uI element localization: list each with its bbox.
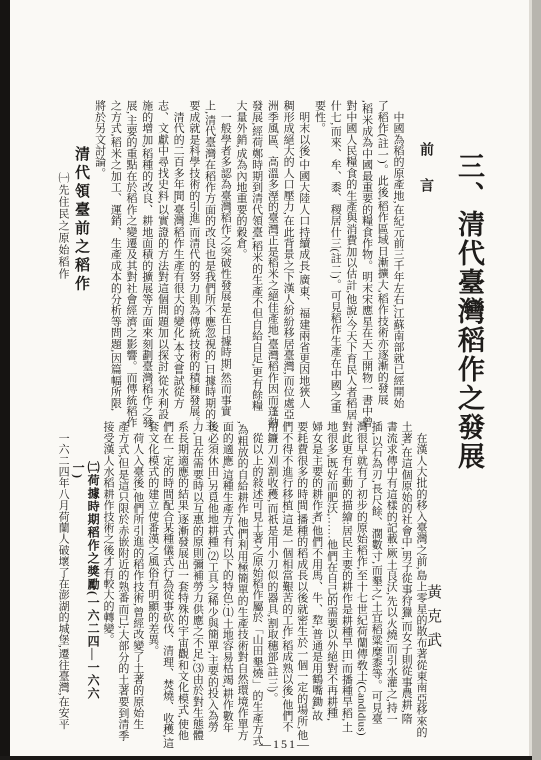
text-column: 上,清代臺灣在稻作方面的改良也是我們所不應忽視的,日據時期的主 bbox=[201, 100, 217, 420]
text-column: 要耗費很多的時間,播種的稻成長以後就密生於一個一定的場所,他 bbox=[294, 421, 309, 713]
text-column: 書流求傳中有這樣的記載:厥土良沃,先以火燒,而引水灌之,持一 bbox=[383, 421, 398, 713]
text-column: 志、文獻中尋找史料,以實證的方法對這個問題加以探討,從水利設 bbox=[154, 100, 170, 420]
scan-background-right bbox=[532, 0, 541, 760]
text-column: 明末以後,中國大陸人口持續成長,廣東、福建兩省更因地狹人 bbox=[295, 100, 311, 420]
scan-background-bottom bbox=[0, 756, 532, 760]
text-column: ,為粗放的自給耕作,他們利用極簡單的生產技術對自然環境作單方 bbox=[234, 421, 249, 713]
text-column: 後必須休田,另覓他地耕種,⑵工具之稀少與簡單,主要的投入為勞 bbox=[204, 421, 219, 713]
subsection-header-2: ㈡荷據時期稻作之獎勵(一六二四—一六六 一) bbox=[70, 421, 100, 713]
subsection-header-1: ㈠先住民之原始稻作 bbox=[54, 100, 71, 420]
text-column: 將於另文討論。 bbox=[91, 100, 107, 420]
text-column: 婦女是主要的耕作者,他們不用馬、牛、犂,普通是用鶴嘴鋤,故 bbox=[309, 421, 324, 713]
text-column: 土著,在這個原始的社會中,男子從事狩獵,而女子則從事農耕,隋 bbox=[398, 421, 413, 713]
text-column: 用鐮刀刈割收穫,而祇是用小刀似的器具,割取穗部(註三)。 bbox=[264, 421, 279, 713]
text-column: 地很多,既好而肥沃,……他們在自己的需要以外絕對不再耕種, bbox=[324, 421, 339, 713]
text-column: 系長期適應的結果,逐漸發展出一套特殊的宇宙觀和文化模式,使他 bbox=[175, 421, 190, 713]
preface-columns: 中國為稻的原產地,在紀元前三千年左右,江蘇南部就已經開始了稻作(註一)。此後,稻… bbox=[91, 100, 405, 420]
preface-heading: 前 言 bbox=[415, 142, 435, 232]
page-number: —151— bbox=[250, 737, 320, 752]
text-column: 對中國人民糧食的生產與消費加以估計,他說:今天下育民人者稻居 bbox=[342, 100, 358, 420]
text-column: 一六二四年八月荷蘭人破壞了在澎湖的城堡,遷往臺灣,在安平 bbox=[55, 421, 70, 713]
text-column: 對此更有生動的描繪:居民主要的耕作是耕種旱田,而播種旱稻,土 bbox=[339, 421, 354, 713]
text-column: 洲季風區、高溫多溼的臺灣正是稻米之絕佳產地,臺灣稻作因而蓬勃 bbox=[264, 100, 280, 420]
text-column: 從以上的敍述可見土著之原始稻作屬於「山田墾燒」的生產方式 bbox=[249, 421, 264, 713]
text-column: 插,以石為刃,長尺餘、濶數寸,而墾之,土宜稻粱糜黍等。可見臺 bbox=[368, 421, 383, 713]
text-column: 們在一定的時間配合某種儀式行為從事砍伐、清理、焚燒、收穫,這 bbox=[160, 421, 175, 713]
article-title: 三、清代臺灣稻作之發展 bbox=[450, 152, 489, 497]
text-column: 中國為稻的原產地,在紀元前三千年左右,江蘇南部就已經開始 bbox=[389, 100, 405, 420]
text-column: 稠形成絕大的人口壓力,在此背景之下漢人紛紛移居臺灣,而位處亞 bbox=[279, 100, 295, 420]
text-column: 一般學者多認為臺灣稻作之突破性發展是在日據時期,然而事實 bbox=[217, 100, 233, 420]
text-column: ,稻米成為中國最重要的糧食作物。明末宋應星在天工開物一書中曾 bbox=[358, 100, 374, 420]
text-column: 要成就是科學技術的引進,而清代的努力則為傳統技術的積極發展。 bbox=[185, 100, 201, 420]
text-column: 發展,經荷鄭時期到清代領臺,稻米的生產不但自給自足,更有餘糧 bbox=[248, 100, 264, 420]
section-header: 清代領臺前之稻作 bbox=[71, 100, 91, 420]
text-column: 接受漢人水稻耕作技術之後才有較大的轉變。 bbox=[100, 421, 115, 713]
text-column: 荷人入臺後,他們所引進的稻作技術,曾經改變了土著的原始生 bbox=[130, 421, 145, 713]
text-column: 施的增加,稻種的改良、耕地面積的擴展等方面來刻劃臺灣稻作之發 bbox=[138, 100, 154, 420]
body-columns-after: 一六二四年八月荷蘭人破壞了在澎湖的城堡,遷往臺灣,在安平 bbox=[55, 421, 70, 713]
text-column: 之方式,稻米之加工、運銷、生產成本的分析等問題,因篇幅所限, bbox=[107, 100, 123, 420]
preface-text-block: 中國為稻的原產地,在紀元前三千年左右,江蘇南部就已經開始了稻作(註一)。此後,稻… bbox=[54, 100, 405, 420]
text-column: 什七,而來、牟、黍、稷居什三(註二)。可見稻作生產在中國之重 bbox=[326, 100, 342, 420]
page-binding-edge bbox=[0, 0, 10, 760]
text-column: 在漢人大批的移入臺灣之前,島上零星的散布著從東南亞移來的 bbox=[413, 421, 428, 713]
text-column: 產方式,但是這只限於赤嵌附近的熟番而已;大部分的土著要到清季 bbox=[115, 421, 130, 713]
body-columns: 在漢人大批的移入臺灣之前,島上零星的散布著從東南亞移來的土著,在這個原始的社會中… bbox=[100, 421, 428, 713]
text-column: 要性。 bbox=[311, 100, 327, 420]
text-column: 面的適應,這種生產方式有以下的特色:⑴土地容易枯竭,耕作數年 bbox=[219, 421, 234, 713]
text-column: 了稻作(註一)。此後,稻作區域日漸擴大,稻作技術亦逐漸的發展 bbox=[374, 100, 390, 420]
text-column: 們不得不進行移植,這是一個相當艱苦的工作,稻成熟以後,他們不 bbox=[279, 421, 294, 713]
text-column: 套文化模式的建立使番漢之風俗有明顯的差異。 bbox=[145, 421, 160, 713]
text-column: 力,且在需要時以互惠的原則彌補勞力供應之不足,⑶由於對生態體 bbox=[190, 421, 205, 713]
text-column: 清代的二百多年間,臺灣稻作生產有很大的變化,本文嘗試從方 bbox=[169, 100, 185, 420]
text-column: 灣很早就有了初步的原始稻作,至十七世紀荷蘭傳敎士(Candidius) bbox=[353, 421, 368, 713]
text-column: 大量外銷,成為內地重要的穀倉。 bbox=[232, 100, 248, 420]
text-column: 展,主要的重點在於稻作之變遷及其對社會經濟之影響。而傳統稻作 bbox=[122, 100, 138, 420]
body-text-block: 在漢人大批的移入臺灣之前,島上零星的散布著從東南亞移來的土著,在這個原始的社會中… bbox=[55, 421, 428, 713]
